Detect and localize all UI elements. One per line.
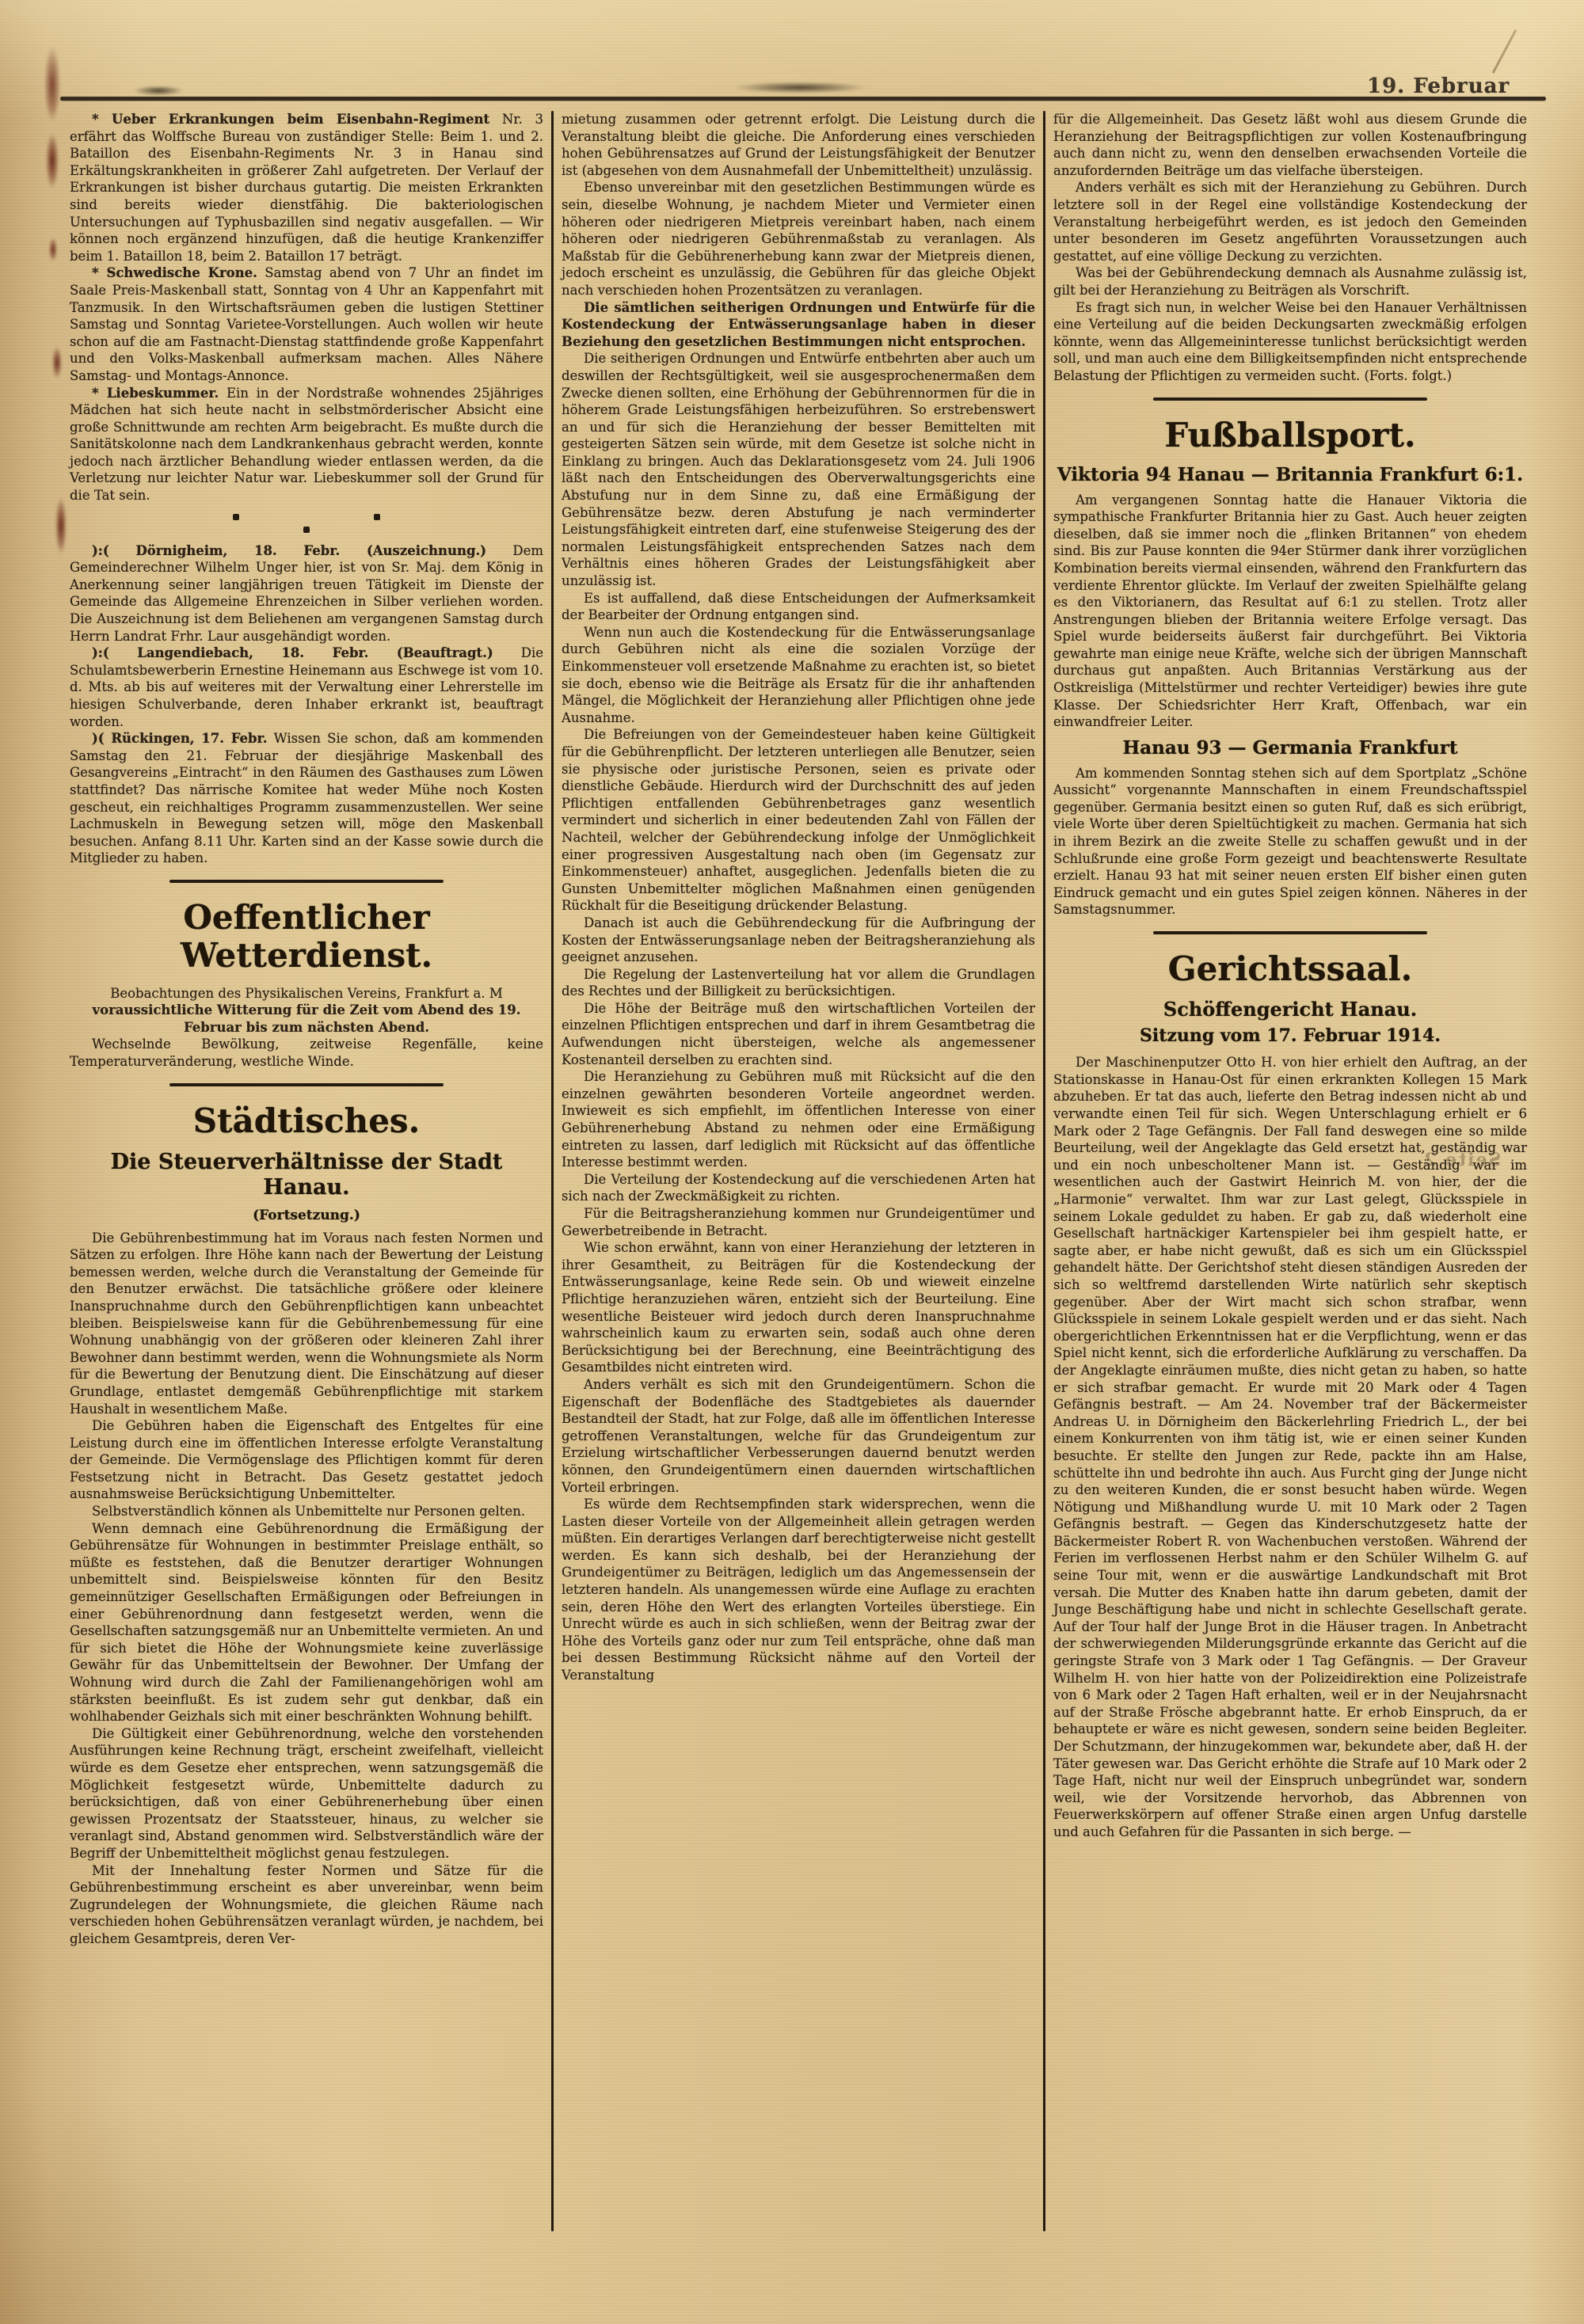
section-headline: (Fortsetzung.) [70, 1208, 543, 1223]
article-paragraph: Die Regelung der Lastenverteilung hat vo… [562, 966, 1035, 1000]
section-headline: Viktoria 94 Hanau — Britannia Frankfurt … [1053, 464, 1527, 487]
article-paragraph: Der Maschinenputzer Otto H. von hier erh… [1053, 1054, 1527, 1840]
article-lead: * Ueber Erkrankungen beim Eisenbahn-Regi… [92, 112, 489, 127]
article-paragraph: Beobachtungen des Physikalischen Vereins… [70, 985, 543, 1002]
section-headline: Städtisches. [70, 1102, 543, 1140]
article-paragraph: )( Rückingen, 17. Febr. Wissen Sie schon… [70, 730, 543, 867]
article-paragraph: ):( Langendiebach, 18. Febr. (Beauftragt… [70, 645, 543, 730]
article-paragraph: Was bei der Gebührendeckung demnach als … [1053, 264, 1527, 299]
dot [233, 514, 239, 520]
article-paragraph: Die Heranziehung zu Gebühren muß mit Rüc… [562, 1068, 1035, 1171]
dots-separator [70, 514, 543, 533]
section-headline: Gerichtssaal. [1053, 950, 1527, 988]
masthead-rule [60, 97, 1546, 101]
paper-stain [49, 238, 57, 261]
article-paragraph: Wechselnde Bewölkung, zeitweise Regenfäl… [70, 1036, 543, 1070]
article-paragraph: Selbstverständlich können als Unbemittel… [70, 1503, 543, 1520]
article-paragraph: Die Gültigkeit einer Gebührenordnung, we… [70, 1725, 543, 1862]
article-paragraph: Mit der Innehaltung fester Normen und Sä… [70, 1862, 543, 1948]
article-paragraph: Am vergangenen Sonntag hatte die Hanauer… [1053, 492, 1527, 731]
paper-stain [52, 347, 62, 378]
article-paragraph: Anders verhält es sich mit der Heranzieh… [1053, 179, 1527, 264]
ink-smudge [733, 82, 867, 93]
dot [303, 527, 310, 533]
article-paragraph: mietung zusammen oder getrennt erfolgt. … [562, 111, 1035, 179]
section-headline: Die Steuerverhältnisse der Stadt Hanau. [70, 1150, 543, 1201]
article-paragraph: Die Gebühren haben die Eigenschaft des E… [70, 1417, 543, 1503]
article-paragraph: Für die Beitragsheranziehung kommen nur … [562, 1205, 1035, 1239]
article-lead: * Liebeskummer. [92, 386, 219, 401]
article-lead: )( Rückingen, 17. Febr. [92, 731, 267, 746]
section-headline: Oeffentlicher Wetterdienst. [70, 899, 543, 976]
issue-date: 19. Februar [1367, 74, 1510, 98]
paper-stain [44, 46, 60, 121]
section-rule [169, 1083, 444, 1086]
article-paragraph: Die Befreiungen von der Gemeindesteuer h… [562, 726, 1035, 915]
article-lead: ):( Dörnigheim, 18. Febr. (Auszeichnung.… [92, 543, 486, 558]
article-paragraph: Wenn nun auch die Kostendeckung für die … [562, 624, 1035, 727]
article-paragraph: * Ueber Erkrankungen beim Eisenbahn-Regi… [70, 111, 543, 264]
article-lead: * Schwedische Krone. [92, 265, 257, 280]
column-middle: mietung zusammen oder getrennt erfolgt. … [554, 111, 1043, 2249]
article-paragraph: Ebenso unvereinbar mit den gesetzlichen … [562, 179, 1035, 299]
section-rule [169, 880, 444, 883]
scratch-mark [1492, 29, 1517, 74]
article-paragraph: voraussichtliche Witterung für die Zeit … [70, 1002, 543, 1036]
article-paragraph: Es würde dem Rechtsempfinden stark wider… [562, 1496, 1035, 1684]
article-paragraph: Die Gebührenbestimmung hat im Voraus nac… [70, 1230, 543, 1418]
section-rule [1153, 397, 1428, 401]
article-paragraph: Am kommenden Sonntag stehen sich auf dem… [1053, 765, 1527, 919]
section-headline: Hanau 93 — Germania Frankfurt [1053, 737, 1527, 760]
section-rule [1153, 931, 1428, 934]
section-headline: Fußballsport. [1053, 416, 1527, 455]
paper-stain [46, 133, 59, 188]
article-paragraph: Es fragt sich nun, in welcher Weise bei … [1053, 299, 1527, 385]
article-paragraph: Anders verhält es sich mit den Grundeige… [562, 1376, 1035, 1496]
article-paragraph: Die Verteilung der Kostendeckung auf die… [562, 1171, 1035, 1205]
article-paragraph: ):( Dörnigheim, 18. Febr. (Auszeichnung.… [70, 542, 543, 645]
ink-smudge [133, 86, 184, 96]
dots-row [233, 514, 380, 520]
article-paragraph: Wenn demnach eine Gebührenordnung die Er… [70, 1520, 543, 1725]
newspaper-page: 19. Februar Seite 2 * Ueber Erkrankungen… [0, 0, 1584, 2324]
article-paragraph: Es ist auffallend, daß diese Entscheidun… [562, 590, 1035, 624]
article-paragraph: * Schwedische Krone. Samstag abend von 7… [70, 264, 543, 384]
article-paragraph: Danach ist auch die Gebührendeckung für … [562, 915, 1035, 966]
article-paragraph: Die sämtlichen seitherigen Ordnungen und… [562, 299, 1035, 351]
column-right: für die Allgemeinheit. Das Gesetz läßt w… [1045, 111, 1535, 2249]
article-paragraph: Die Höhe der Beiträge muß den wirtschaft… [562, 1000, 1035, 1068]
section-headline: Schöffengericht Hanau. [1053, 998, 1527, 1021]
article-paragraph: Wie schon erwähnt, kann von einer Heranz… [562, 1239, 1035, 1376]
article-paragraph: Die seitherigen Ordnungen und Entwürfe e… [562, 350, 1035, 589]
dot [374, 514, 380, 520]
article-paragraph: für die Allgemeinheit. Das Gesetz läßt w… [1053, 111, 1527, 179]
article-paragraph: * Liebeskummer. Ein in der Nordstraße wo… [70, 385, 543, 504]
section-headline: Sitzung vom 17. Februar 1914. [1053, 1025, 1527, 1046]
article-lead: ):( Langendiebach, 18. Febr. (Beauftragt… [92, 645, 493, 660]
column-left: * Ueber Erkrankungen beim Eisenbahn-Regi… [62, 111, 551, 2249]
text-columns: * Ueber Erkrankungen beim Eisenbahn-Regi… [62, 111, 1546, 2249]
